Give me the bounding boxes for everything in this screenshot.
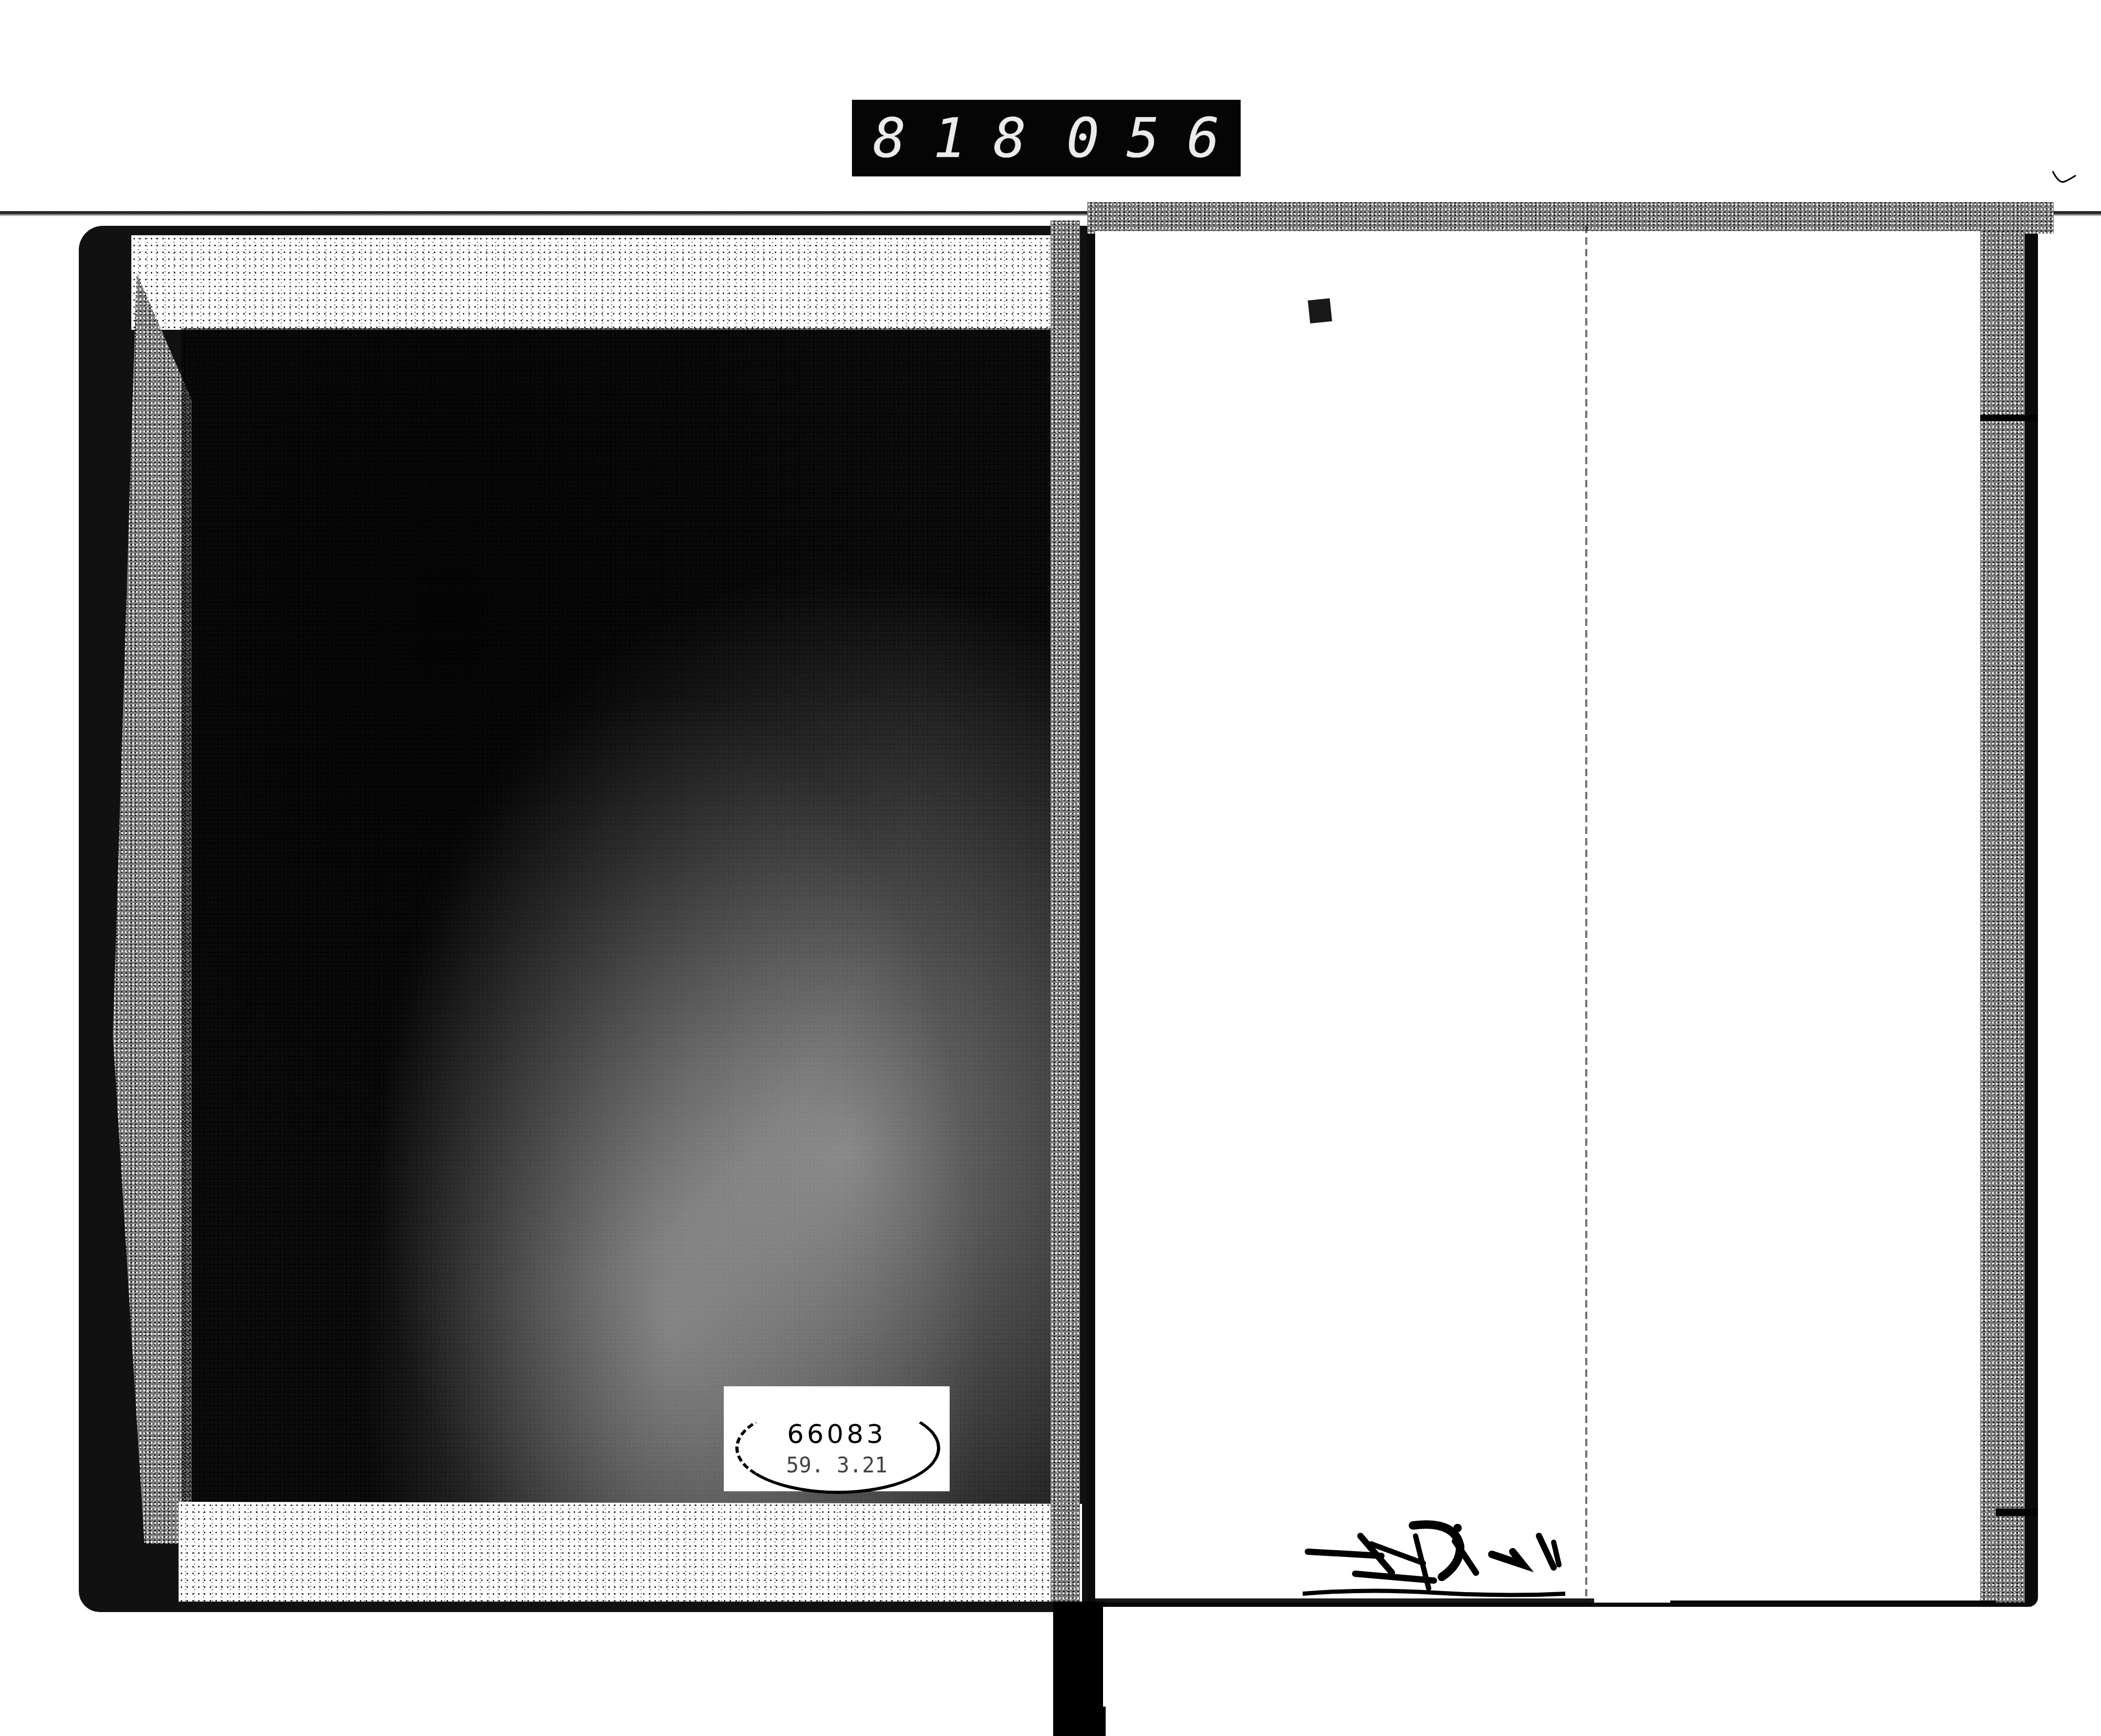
fore-edge-rule xyxy=(1980,415,2038,421)
frame-counter-right-group: 0 5 6 xyxy=(1066,111,1220,165)
cover-turn-in-top xyxy=(131,235,1066,330)
frame-counter-left-group: 8 1 8 xyxy=(873,111,1026,165)
counter-digit: 6 xyxy=(1187,111,1220,165)
hinge xyxy=(1050,221,1080,1602)
counter-digit: 8 xyxy=(993,111,1026,165)
right-blank-leaf xyxy=(1095,231,1983,1603)
stamp-accession-number: 66083 xyxy=(724,1419,950,1449)
right-page-rule xyxy=(1670,1601,1996,1603)
spine-highlight xyxy=(1103,1607,1106,1707)
handwritten-scribble-icon xyxy=(1303,1515,1602,1599)
library-stamp: 66083 59. 3.21 xyxy=(724,1386,950,1491)
counter-digit: 5 xyxy=(1127,111,1160,165)
cover-turn-in-bottom xyxy=(179,1502,1082,1602)
counter-digit: 1 xyxy=(933,111,966,165)
handwritten-mark xyxy=(1303,1515,1602,1599)
right-top-edge xyxy=(1087,202,2054,234)
stamp-date: 59. 3.21 xyxy=(724,1453,950,1478)
fore-edge-rule xyxy=(1996,1509,2038,1516)
counter-digit: 8 xyxy=(873,111,906,165)
ink-blot xyxy=(1308,298,1332,323)
leaf-edge-line xyxy=(1585,226,1587,1602)
counter-digit: 0 xyxy=(1066,111,1099,165)
spine-tail xyxy=(1053,1602,1106,1736)
tick-mark-icon xyxy=(2048,167,2080,188)
right-fore-edge xyxy=(1980,231,2025,1603)
endpaper xyxy=(181,328,1069,1504)
frame-counter: 8 1 8 0 5 6 xyxy=(852,100,1241,176)
stray-mark xyxy=(2048,167,2080,188)
